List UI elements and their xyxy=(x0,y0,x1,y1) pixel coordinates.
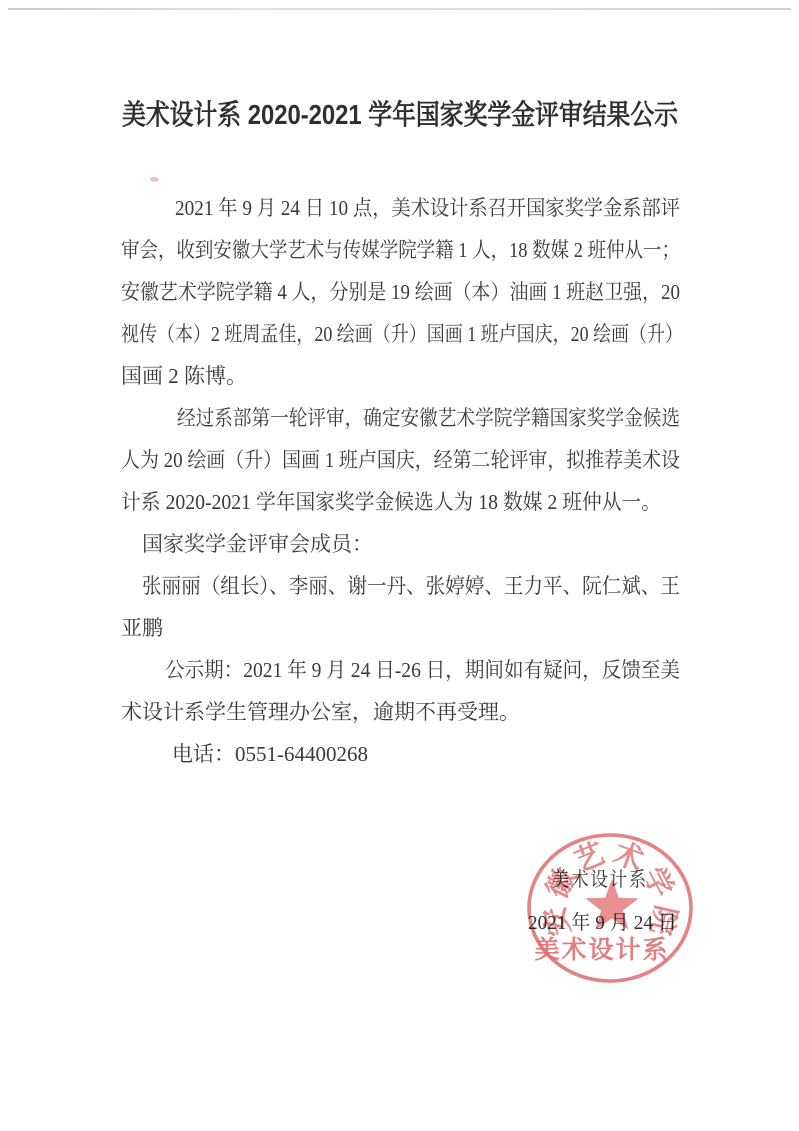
body-line-text: 公示期：2021 年 9 月 24 日-26 日，期间如有疑问，反馈至美 xyxy=(165,649,680,691)
body-line: 安徽艺术学院学籍 4 人，分别是 19 绘画（本）油画 1 班赵卫强，20 xyxy=(121,271,683,313)
document-page: 美术设计系 2020-2021 学年国家奖学金评审结果公示 2021 年 9 月… xyxy=(0,0,799,1131)
body-line-text: 安徽艺术学院学籍 4 人，分别是 19 绘画（本）油画 1 班赵卫强，20 xyxy=(121,271,680,313)
seal-ring-char: 徽 xyxy=(540,863,583,904)
seal-ring-char: 安 xyxy=(538,903,577,939)
body-line: 公示期：2021 年 9 月 24 日-26 日，期间如有疑问，反馈至美 xyxy=(121,649,683,691)
body-line: 国家奖学金评审会成员： xyxy=(121,523,683,565)
body-line-text: 国家奖学金评审会成员： xyxy=(142,523,373,565)
body-line-text: 张丽丽（组长）、李丽、谢一丹、张婷婷、王力平、阮仁斌、王 xyxy=(142,565,680,607)
body-line-text: 经过系部第一轮评审，确定安徽艺术学院学籍国家奖学金候选 xyxy=(177,397,680,439)
body-line-text: 人为 20 绘画（升）国画 1 班卢国庆，经第二轮评审，拟推荐美术设 xyxy=(121,439,680,481)
scan-artifact-line xyxy=(8,8,791,10)
seal-ring-char: 学 xyxy=(637,862,680,903)
body-line: 计系 2020-2021 学年国家奖学金候选人为 18 数媒 2 班仲从一。 xyxy=(121,481,683,523)
body-line: 审会，收到安徽大学艺术与传媒学院学籍 1 人，18 数媒 2 班仲从一； xyxy=(121,229,683,271)
body-line-text: 审会，收到安徽大学艺术与传媒学院学籍 1 人，18 数媒 2 班仲从一； xyxy=(121,229,680,271)
body-line: 国画 2 陈博。 xyxy=(121,355,683,397)
body-line: 经过系部第一轮评审，确定安徽艺术学院学籍国家奖学金候选 xyxy=(121,397,683,439)
body-line: 人为 20 绘画（升）国画 1 班卢国庆，经第二轮评审，拟推荐美术设 xyxy=(121,439,683,481)
seal-ring-char: 院 xyxy=(644,902,683,938)
body-line: 电话：0551-64400268 xyxy=(121,733,683,775)
document-body: 2021 年 9 月 24 日 10 点，美术设计系召开国家奖学金系部评审会，收… xyxy=(121,187,683,775)
body-line-text: 国画 2 陈博。 xyxy=(121,355,247,397)
star-icon xyxy=(585,879,638,930)
seal-department-label: 美术设计系 xyxy=(534,936,669,964)
page-title-text: 美术设计系 2020-2021 学年国家奖学金评审结果公示 xyxy=(122,92,678,138)
body-line: 术设计系学生管理办公室，逾期不再受理。 xyxy=(121,691,683,733)
body-line-text: 计系 2020-2021 学年国家奖学金候选人为 18 数媒 2 班仲从一。 xyxy=(121,481,661,523)
body-line: 视传（本）2 班周孟佳，20 绘画（升）国画 1 班卢国庆，20 绘画（升） xyxy=(121,313,683,355)
body-line: 2021 年 9 月 24 日 10 点，美术设计系召开国家奖学金系部评 xyxy=(121,187,683,229)
official-seal: 安徽艺术学院 美术设计系 xyxy=(525,830,695,986)
body-line-text: 电话：0551-64400268 xyxy=(172,733,368,775)
body-line: 亚鹏 xyxy=(121,607,683,649)
body-line-text: 2021 年 9 月 24 日 10 点，美术设计系召开国家奖学金系部评 xyxy=(175,187,680,229)
page-title: 美术设计系 2020-2021 学年国家奖学金评审结果公示 xyxy=(122,92,678,138)
body-line-text: 亚鹏 xyxy=(121,607,163,649)
body-line-text: 术设计系学生管理办公室，逾期不再受理。 xyxy=(121,691,520,733)
body-line: 张丽丽（组长）、李丽、谢一丹、张婷婷、王力平、阮仁斌、王 xyxy=(121,565,683,607)
body-line-text: 视传（本）2 班周孟佳，20 绘画（升）国画 1 班卢国庆，20 绘画（升） xyxy=(121,313,683,355)
scan-artifact-speck xyxy=(150,177,159,182)
